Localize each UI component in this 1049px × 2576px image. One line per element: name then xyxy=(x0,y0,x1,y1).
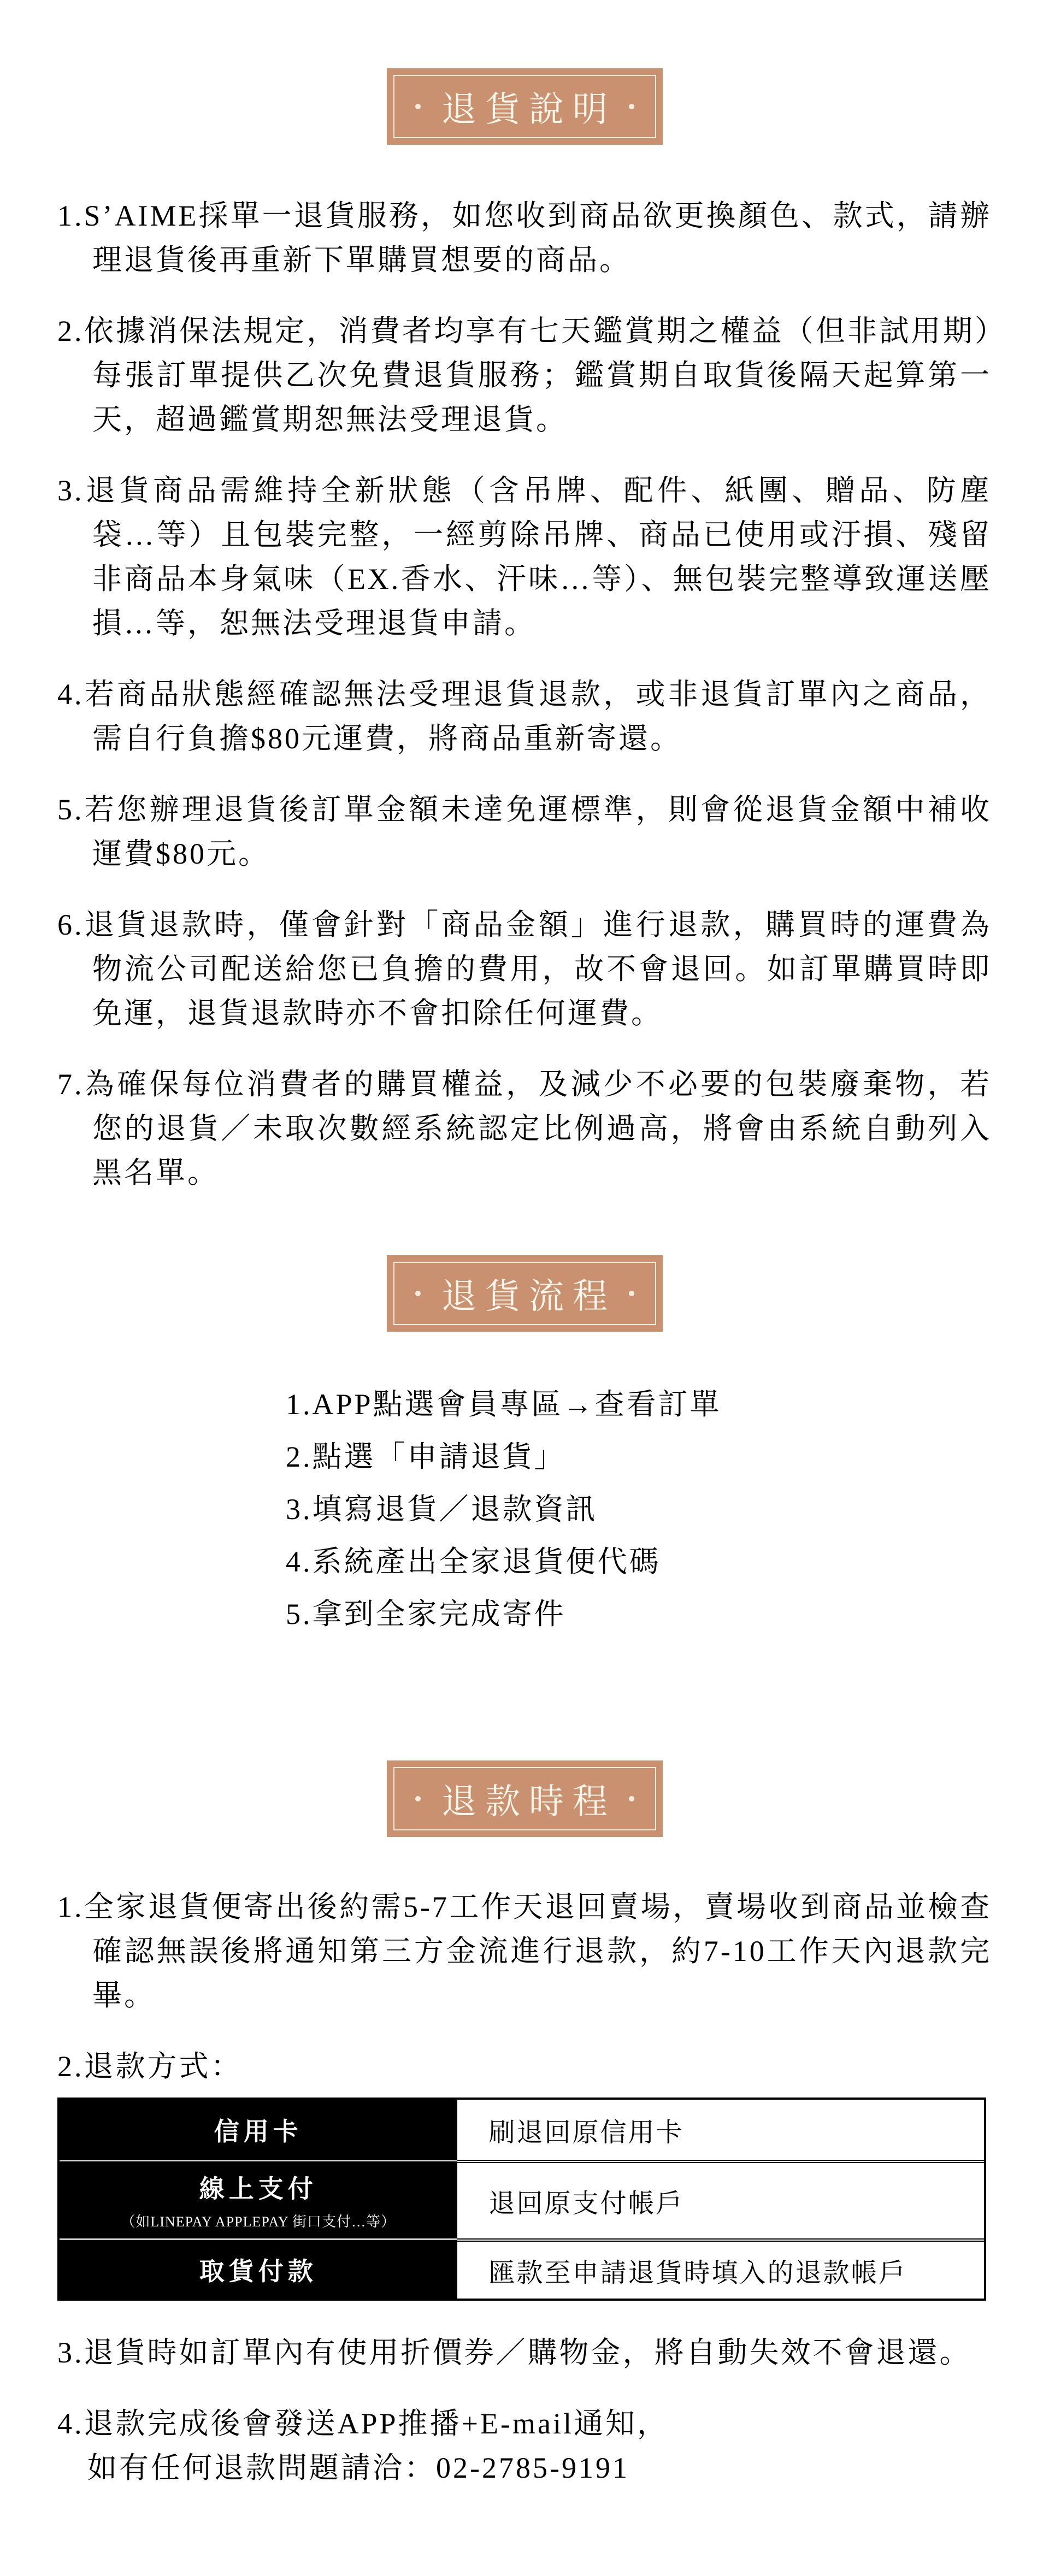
payment-method-cell: 信用卡 xyxy=(60,2100,457,2160)
process-step-3: 3.填寫退貨／退款資訊 xyxy=(286,1483,1049,1535)
section-title-plaque-schedule: 退款時程 xyxy=(387,1760,663,1837)
process-step-4: 4.系統產出全家退貨便代碼 xyxy=(286,1535,1049,1588)
schedule-item-1: 1.全家退貨便寄出後約需5-7工作天退回賣場，賣場收到商品並檢查確認無誤後將通知… xyxy=(57,1885,992,2018)
plaque-dot-left xyxy=(415,104,421,109)
payment-method-label: 信用卡 xyxy=(214,2118,303,2146)
schedule-item-4-line1: 4.退款完成後會發送APP推播+E-mail通知， xyxy=(57,2402,992,2446)
payment-method-cell: 取貨付款 xyxy=(60,2238,457,2299)
section-title-plaque-policy: 退貨說明 xyxy=(387,68,663,145)
schedule-notes: 3.退貨時如訂單內有使用折價券／購物金，將自動失效不會退還。 4.退款完成後會發… xyxy=(57,2331,992,2490)
plaque-dot-left xyxy=(415,1796,421,1801)
payment-method-cell: 線上支付 （如LINEPAY APPLEPAY 街口支付…等） xyxy=(60,2160,457,2238)
refund-description-cell: 刷退回原信用卡 xyxy=(457,2100,984,2160)
refund-description-cell: 退回原支付帳戶 xyxy=(457,2160,984,2238)
policy-list: 1.S’AIME採單一退貨服務，如您收到商品欲更換顏色、款式，請辦理退貨後再重新… xyxy=(57,194,992,1195)
policy-item-7: 7.為確保每位消費者的購買權益，及減少不必要的包裝廢棄物，若您的退貨／未取次數經… xyxy=(57,1062,992,1195)
plaque-dot-right xyxy=(629,1291,634,1296)
policy-item-3: 3.退貨商品需維持全新狀態（含吊牌、配件、紙團、贈品、防塵袋…等）且包裝完整，一… xyxy=(57,469,992,646)
policy-item-1: 1.S’AIME採單一退貨服務，如您收到商品欲更換顏色、款式，請辦理退貨後再重新… xyxy=(57,194,992,282)
table-row-credit-card: 信用卡 刷退回原信用卡 xyxy=(60,2100,984,2160)
section-title-plaque-process: 退貨流程 xyxy=(387,1255,663,1332)
payment-method-label: 線上支付 xyxy=(199,2175,317,2203)
section-title-policy: 退貨說明 xyxy=(421,81,629,132)
refund-description-cell: 匯款至申請退貨時填入的退款帳戶 xyxy=(457,2238,984,2299)
payment-method-label: 取貨付款 xyxy=(199,2258,317,2285)
schedule-item-4-line2: 如有任何退款問題請洽：02-2785-9191 xyxy=(87,2446,992,2490)
process-steps-list: 1.APP點選會員專區→查看訂單 2.點選「申請退貨」 3.填寫退貨／退款資訊 … xyxy=(286,1378,1049,1640)
policy-item-6: 6.退貨退款時，僅會針對「商品金額」進行退款，購買時的運費為物流公司配送給您已負… xyxy=(57,903,992,1036)
plaque-dot-left xyxy=(415,1291,421,1296)
schedule-item-4: 4.退款完成後會發送APP推播+E-mail通知， 如有任何退款問題請洽：02-… xyxy=(57,2402,992,2490)
table-row-online-payment: 線上支付 （如LINEPAY APPLEPAY 街口支付…等） 退回原支付帳戶 xyxy=(60,2160,984,2238)
section-title-process: 退貨流程 xyxy=(421,1268,629,1319)
process-step-5: 5.拿到全家完成寄件 xyxy=(286,1588,1049,1640)
schedule-item-2: 2.退款方式： xyxy=(57,2045,992,2089)
payment-method-note: （如LINEPAY APPLEPAY 街口支付…等） xyxy=(60,2211,457,2231)
section-title-schedule: 退款時程 xyxy=(421,1774,629,1824)
policy-item-4: 4.若商品狀態經確認無法受理退貨退款，或非退貨訂單內之商品，需自行負擔$80元運… xyxy=(57,672,992,761)
refund-method-table: 信用卡 刷退回原信用卡 線上支付 （如LINEPAY APPLEPAY 街口支付… xyxy=(57,2098,986,2301)
table-row-cash-on-delivery: 取貨付款 匯款至申請退貨時填入的退款帳戶 xyxy=(60,2238,984,2299)
process-step-2: 2.點選「申請退貨」 xyxy=(286,1431,1049,1483)
process-step-1: 1.APP點選會員專區→查看訂單 xyxy=(286,1378,1049,1431)
plaque-dot-right xyxy=(629,1796,634,1801)
policy-item-2: 2.依據消保法規定，消費者均享有七天鑑賞期之權益（但非試用期）每張訂單提供乙次免… xyxy=(57,309,992,442)
policy-item-5: 5.若您辦理退貨後訂單金額未達免運標準，則會從退貨金額中補收運費$80元。 xyxy=(57,788,992,876)
schedule-item-3: 3.退貨時如訂單內有使用折價券／購物金，將自動失效不會退還。 xyxy=(57,2331,992,2375)
schedule-list: 1.全家退貨便寄出後約需5-7工作天退回賣場，賣場收到商品並檢查確認無誤後將通知… xyxy=(57,1885,992,2089)
plaque-dot-right xyxy=(629,104,634,109)
